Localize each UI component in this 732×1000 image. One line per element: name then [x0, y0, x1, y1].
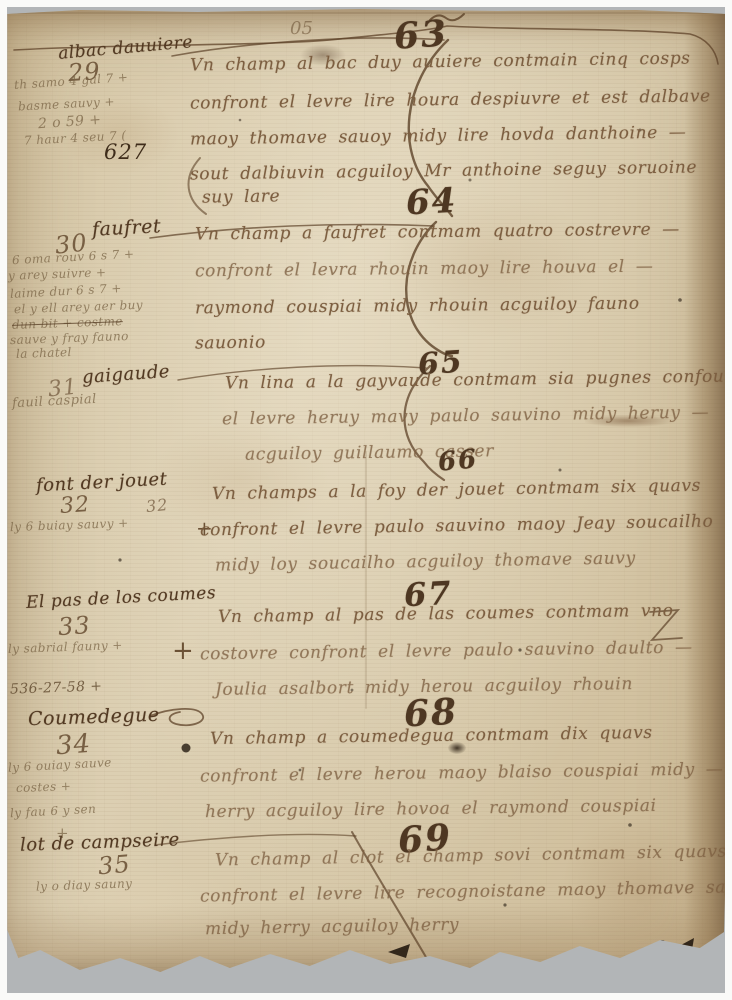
section-67-margin-figure: 536-27-58 +: [10, 678, 103, 697]
section-66-margin-number-alt: 32: [145, 495, 169, 516]
section-66-number: 66: [437, 444, 480, 477]
paper-top-fold-shading: [0, 8, 732, 42]
top-faint-numeral: 05: [290, 18, 313, 39]
section-64-margin-title: faufret: [91, 215, 161, 241]
parchment-sheet: 05 63 albac dauuiere 29 th samo 4 gal 7 …: [0, 0, 732, 1000]
ink-blot: [658, 940, 666, 948]
cross-mark: +: [172, 636, 194, 666]
section-68-margin-title: Coumedegue: [28, 704, 160, 731]
section-63-line: suy lare: [202, 186, 281, 207]
section-64-line: sauonio: [195, 333, 266, 354]
section-66-margin-number: 32: [59, 492, 91, 519]
manuscript-scan: 05 63 albac dauuiere 29 th samo 4 gal 7 …: [0, 0, 732, 1000]
section-64-number: 64: [405, 181, 458, 224]
section-63-margin-total: 627: [104, 140, 147, 164]
section-67-margin-number: 33: [57, 611, 91, 641]
section-64-margin-note: la chatel: [16, 345, 72, 361]
section-68-margin-note: costes +: [16, 779, 72, 795]
